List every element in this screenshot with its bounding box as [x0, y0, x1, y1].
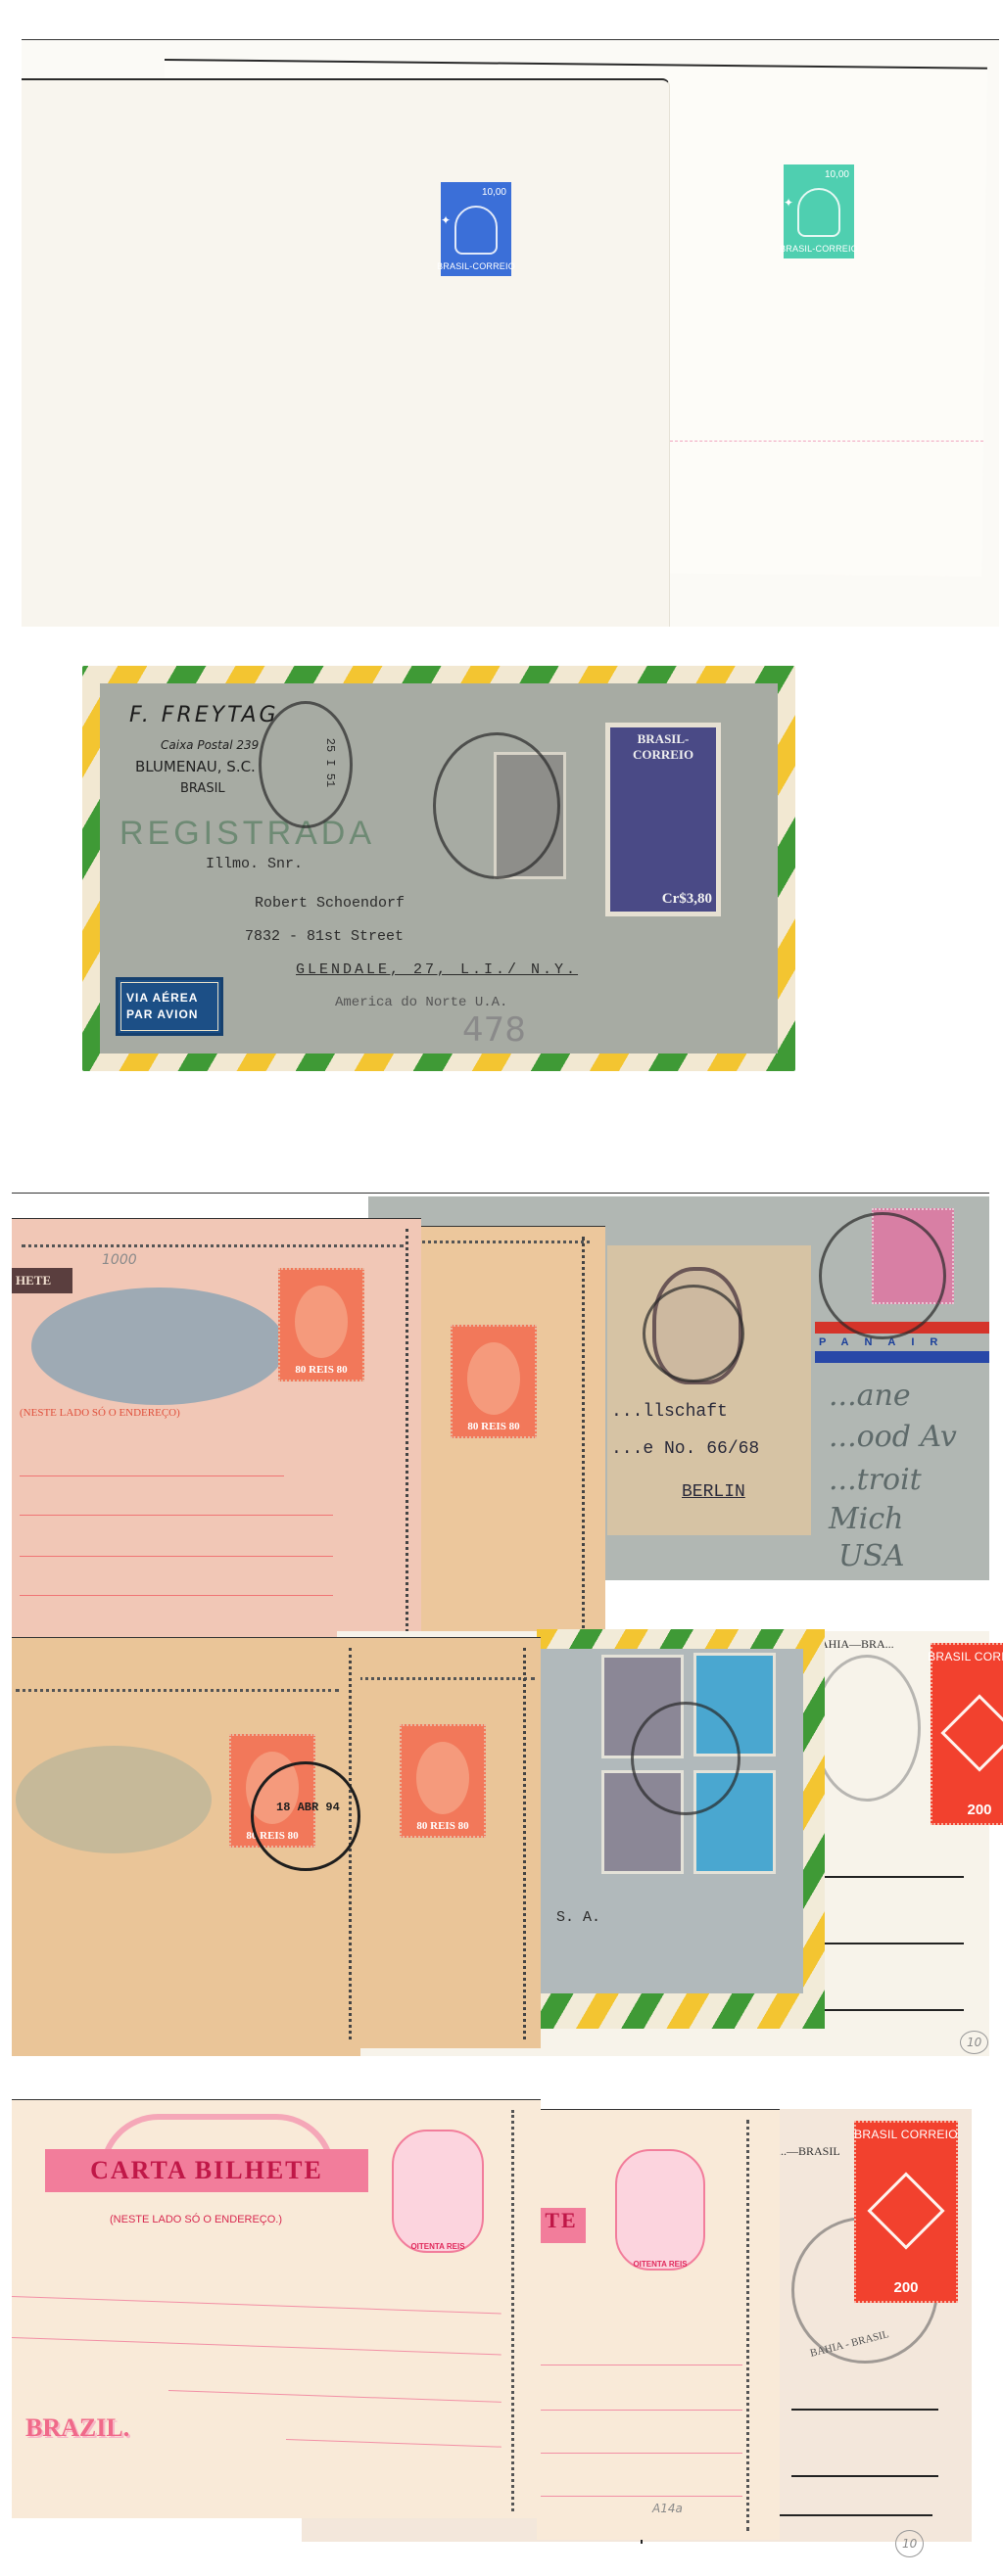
address-line [537, 2410, 742, 2411]
postmark-congresso [813, 1655, 921, 1802]
stamp-80-reis: 80 REIS 80 [451, 1325, 537, 1438]
stamp-value: 200 [967, 1802, 991, 1818]
address-line [20, 1556, 333, 1557]
addressee-city: GLENDALE, 27, L.I./ N.Y. [296, 961, 578, 978]
airmail-label-line2: PAR AVION [126, 1007, 213, 1023]
stamp-country: BRASIL-CORREIO [780, 244, 858, 254]
card-title-fragment: HETE [12, 1268, 72, 1293]
pencil-note: 10 [895, 2530, 924, 2557]
stamp-200-reis: BRASIL CORREIO 200 [931, 1643, 1003, 1825]
address-line [537, 2365, 742, 2365]
address-line [12, 2337, 501, 2355]
airmail-label: VIA AÉREA PAR AVION [116, 977, 223, 1036]
postmark-petropolis [251, 1761, 360, 1871]
madonna-icon [454, 206, 498, 255]
stamp-text: OITENTA REIS [410, 2242, 464, 2251]
lettercard-80-reis-3: 80 REIS 80 18 ABR 94 [12, 1637, 360, 2056]
perforation [353, 1677, 535, 1680]
perforation [394, 1241, 590, 1243]
stamp-80-reis: 80 REIS 80 [278, 1268, 364, 1382]
sender-po-box: Caixa Postal 239 [161, 738, 259, 752]
stamp-christmas-green: 10,00 BRASIL-CORREIO [784, 164, 854, 258]
handwritten-line-5: USA [838, 1539, 905, 1573]
address-instruction: (NESTE LADO SÓ O ENDEREÇO) [20, 1407, 180, 1419]
sender-country: BRASIL [180, 781, 225, 796]
perforation [406, 1229, 408, 1650]
address-fragment: S. A. [556, 1909, 600, 1926]
harbour-vignette [31, 1288, 286, 1405]
stamp-value: Cr$3,80 [614, 891, 712, 908]
perforation [746, 2120, 749, 2531]
perforation [511, 2110, 514, 2511]
carta-bilhete-1: CARTA BILHETE (NESTE LADO SÓ O ENDEREÇO.… [12, 2099, 541, 2518]
stamp-value: 10,00 [482, 187, 506, 198]
address-line [817, 1943, 964, 1944]
wrapper-address-1: ...llschaft [611, 1402, 728, 1422]
pencil-note: 478 [462, 1010, 526, 1050]
stamp-value: 80 REIS 80 [467, 1421, 519, 1432]
harbour-vignette [16, 1746, 212, 1853]
address-line [791, 2475, 938, 2477]
carta-bilhete-2: TE OITENTA REIS A14a [537, 2109, 780, 2540]
address-line [20, 1595, 333, 1596]
card-title-fragment: TE [537, 2208, 586, 2243]
address-line [537, 2496, 742, 2497]
country-name: BRAZIL. [25, 2413, 129, 2443]
panel-divider [12, 1193, 989, 1194]
handwritten-line-2: ...ood Av [829, 1420, 957, 1454]
madonna-icon [797, 188, 840, 237]
perforation [523, 1648, 526, 2039]
address-line [817, 2009, 964, 2011]
stamp-text: OITENTA REIS [633, 2260, 687, 2269]
registered-airmail-cover: F. FREYTAG Caixa Postal 239 BLUMENAU, S.… [82, 666, 795, 1071]
card-title: CARTA BILHETE [45, 2149, 368, 2192]
stamp-christmas-blue: 10,00 BRASIL-CORREIO [441, 182, 511, 276]
postmark-blumenau [259, 701, 353, 828]
address-instruction: (NESTE LADO SÓ O ENDEREÇO.) [110, 2214, 282, 2225]
address-line [791, 2409, 938, 2411]
stamp-value: 200 [893, 2279, 918, 2296]
pencil-note: A14a [652, 2502, 683, 2515]
lettercard-80-reis-2: 80 REIS 80 [390, 1226, 605, 1657]
registration-mark: REGISTRADA [119, 815, 375, 853]
address-line [286, 2439, 501, 2448]
pencil-note: 1000 [102, 1252, 137, 1268]
wrapper-address-2: ...e No. 66/68 [611, 1439, 759, 1459]
wrapper-city: BERLIN [682, 1482, 745, 1502]
stamp-value: 10,00 [825, 169, 849, 180]
stamp-value: 80 REIS 80 [416, 1820, 468, 1832]
portrait-icon [467, 1342, 520, 1415]
cover-body: F. FREYTAG Caixa Postal 239 BLUMENAU, S.… [100, 683, 778, 1054]
postmark-brasil [631, 1702, 740, 1815]
addressee-street: 7832 - 81st Street [245, 928, 404, 945]
postmark-wrapper [643, 1285, 744, 1382]
postcard-header: ...—BRASIL [778, 2144, 840, 2159]
stamp-80-reis: 80 REIS 80 [400, 1724, 486, 1838]
perforation [16, 1689, 339, 1692]
addressee-salutation: Illmo. Snr. [206, 856, 303, 872]
stamp-value: 80 REIS 80 [295, 1364, 347, 1376]
address-line [20, 1475, 284, 1476]
envelope-blue-stamp [22, 78, 670, 627]
handwritten-line-4: Mich [829, 1502, 903, 1536]
addressee-country: America do Norte U.A. [335, 995, 507, 1010]
lettercard-80-reis-4: 80 REIS 80 [349, 1637, 541, 2048]
stamp-rotary-airmail: BRASIL-CORREIO Cr$3,80 [605, 723, 721, 916]
stamp-country: BRASIL CORREIO [928, 1650, 1003, 1663]
airmail-label-line1: VIA AÉREA [126, 990, 213, 1007]
stamp-country: BRASIL-CORREIO [614, 731, 712, 763]
portrait-icon [416, 1742, 469, 1814]
addressee-name: Robert Schoendorf [255, 895, 405, 912]
stamp-country: BRASIL CORREIO [854, 2128, 958, 2141]
address-line [12, 2296, 501, 2314]
airmail-stripe-blue [815, 1351, 989, 1363]
handwritten-line-3: ...troit [829, 1463, 922, 1497]
address-line [168, 2390, 501, 2403]
eucharist-emblem-icon [940, 1694, 1003, 1771]
stamp-country: BRASIL-CORREIO [437, 261, 515, 271]
address-line [537, 2453, 742, 2454]
lettercard-80-reis-1: HETE 1000 80 REIS 80 (NESTE LADO SÓ O EN… [12, 1218, 421, 1657]
postmark-santos [819, 1212, 946, 1339]
postmark-date: 25 I 51 [323, 738, 337, 787]
airmail-cover-four-stamps: S. A. [537, 1629, 825, 2029]
sender-city: BLUMENAU, S.C. [135, 758, 256, 775]
address-line [20, 1515, 333, 1516]
handwritten-line-1: ...ane [829, 1379, 911, 1413]
perforation [582, 1237, 585, 1648]
stamp-oitenta-reis: OITENTA REIS [615, 2149, 705, 2271]
eucharist-emblem-icon [867, 2172, 944, 2249]
stamp-oitenta-reis: OITENTA REIS [392, 2130, 484, 2253]
postmark-on-stamps [433, 732, 560, 879]
portrait-icon [295, 1286, 348, 1358]
perforation [22, 1244, 404, 1247]
envelope-pink-line [670, 441, 983, 442]
sender-name: F. FREYTAG [129, 703, 279, 727]
address-line [766, 2514, 932, 2516]
stamp-200-reis: BRASIL CORREIO 200 [854, 2121, 958, 2303]
address-line [817, 1876, 964, 1878]
newspaper-wrapper: ...llschaft ...e No. 66/68 BERLIN [607, 1245, 811, 1535]
pencil-note: 10 [960, 2031, 988, 2054]
postmark-date: 18 ABR 94 [276, 1801, 340, 1814]
